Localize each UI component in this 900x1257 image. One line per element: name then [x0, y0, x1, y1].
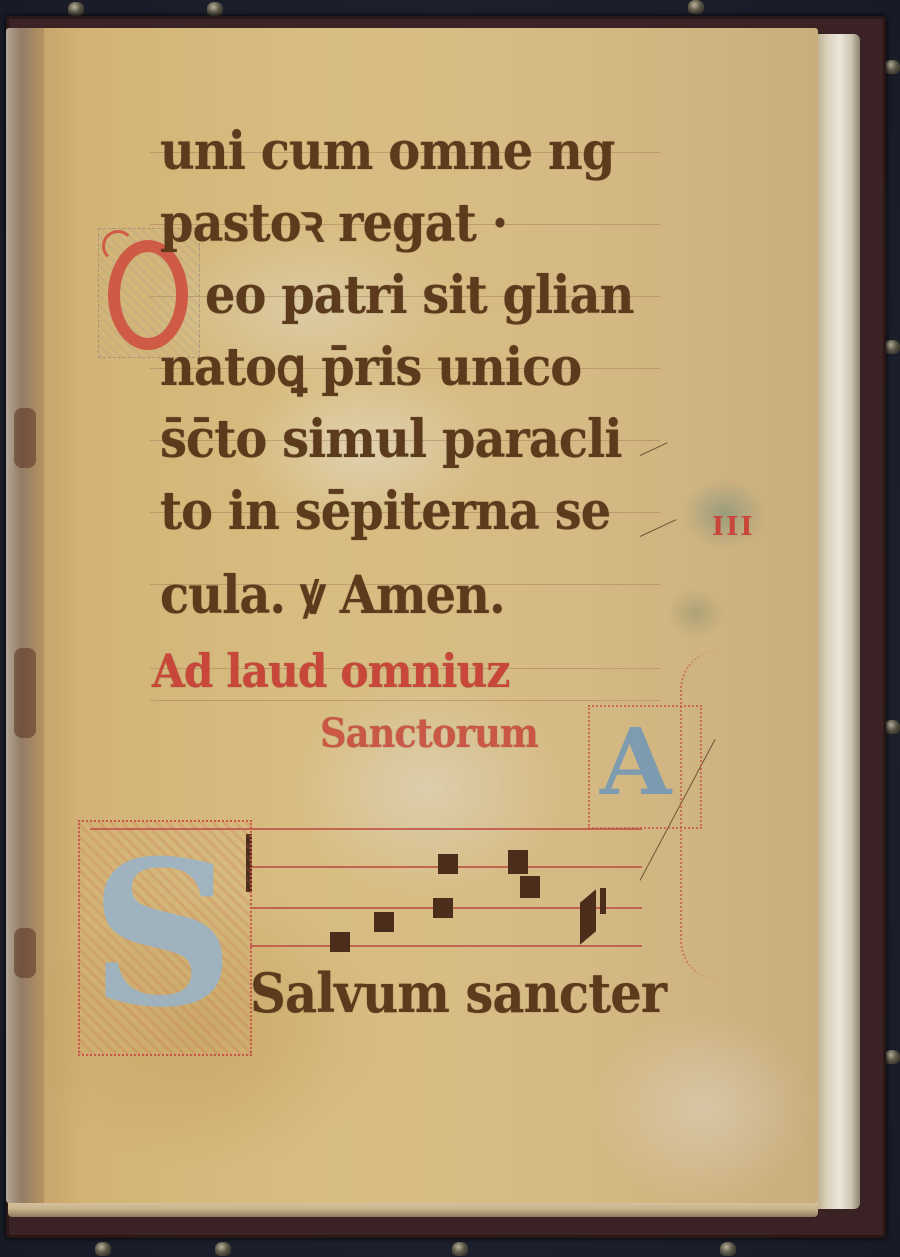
text-line-7: cula. ꝟ Amen. — [160, 570, 505, 622]
brass-knob — [884, 1050, 900, 1064]
stain — [14, 648, 36, 738]
text-line-1: uni cum omne ng — [160, 126, 614, 178]
rubric-line-1: Ad laud omniuz — [152, 648, 510, 694]
neume-note — [520, 876, 540, 898]
text-line-6: to in sēpiterna se — [160, 486, 610, 538]
neume-stem — [600, 888, 606, 914]
rubric-line-2: Sanctorum — [320, 714, 538, 754]
brass-knob — [207, 2, 223, 16]
stain — [14, 928, 36, 978]
marginal-flourish — [680, 650, 762, 980]
neume-note — [438, 854, 458, 874]
brass-knob — [95, 1242, 111, 1256]
staff-line — [250, 945, 642, 947]
initial-s-letter: S — [90, 840, 230, 1030]
brass-knob — [884, 60, 900, 74]
brass-knob — [215, 1242, 231, 1256]
text-line-3: eo patri sit glian — [205, 270, 633, 322]
brass-knob — [884, 720, 900, 734]
brass-knob — [720, 1242, 736, 1256]
page-edges-right — [815, 34, 860, 1209]
brass-knob — [884, 340, 900, 354]
neume-note — [433, 898, 453, 918]
brass-knob — [688, 0, 704, 14]
initial-d-flourish — [102, 230, 134, 262]
neume-note — [508, 850, 528, 874]
text-line-10: Salvum sancter — [250, 966, 666, 1020]
gutter-edge — [6, 28, 44, 1203]
ruling-line — [150, 700, 660, 701]
initial-a-letter: A — [600, 712, 671, 812]
stain — [14, 408, 36, 468]
neume-note — [330, 932, 350, 952]
neume-note — [374, 912, 394, 932]
brass-knob — [452, 1242, 468, 1256]
text-line-2: pastoꝛ regat · — [160, 198, 507, 250]
text-line-4: natoꝗ p̄ris unico — [160, 342, 581, 394]
folio-number: III — [712, 512, 755, 542]
text-line-5: s̄c̄to simul paracli — [160, 414, 622, 466]
brass-knob — [68, 2, 84, 16]
